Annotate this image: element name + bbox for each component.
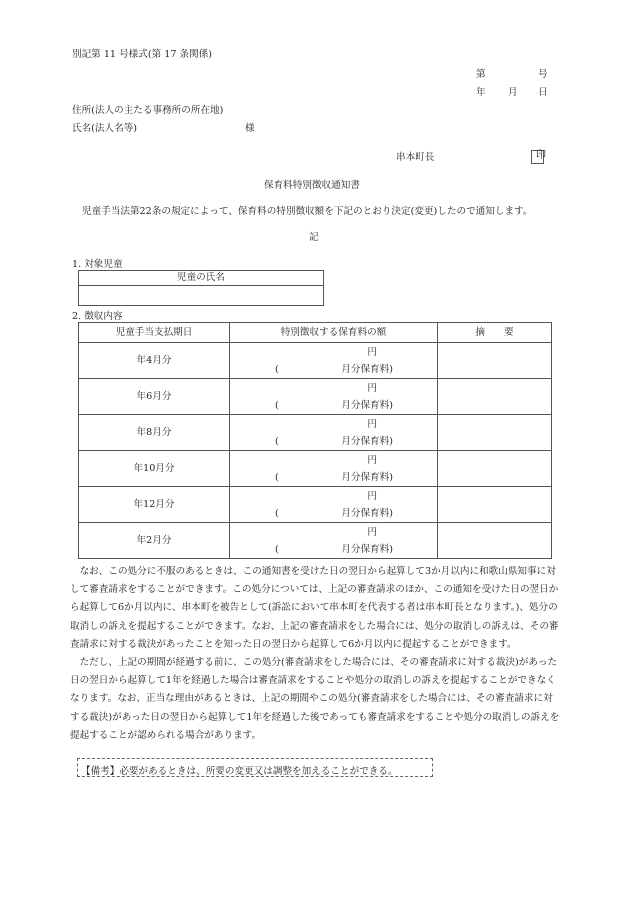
paren-open: (: [275, 365, 279, 375]
amount-cell[interactable]: 円 ( 月分保育料): [230, 343, 438, 379]
child-name-header: 児童の氏名: [79, 271, 324, 286]
amount-cell[interactable]: 円 ( 月分保育料): [230, 451, 438, 487]
amount-cell[interactable]: 円 ( 月分保育料): [230, 523, 438, 559]
date-month: 月: [508, 88, 518, 98]
table-row: 年12月分 円 ( 月分保育料): [79, 487, 552, 523]
ki-label: 記: [309, 233, 319, 243]
yen-label: 円: [367, 348, 377, 358]
section1-heading: 1. 対象児童: [72, 260, 123, 270]
amount-cell[interactable]: 円 ( 月分保育料): [230, 415, 438, 451]
payment-period: 年10月分: [79, 451, 230, 487]
yen-label: 円: [367, 528, 377, 538]
table-row: 年8月分 円 ( 月分保育料): [79, 415, 552, 451]
month-fee-label: 月分保育料): [341, 437, 393, 447]
document-title: 保育料特別徴収通知書: [264, 181, 360, 191]
collection-table: 児童手当支払期日 特別徴収する保育料の額 摘 要 年4月分 円 ( 月分保育料)…: [78, 322, 552, 559]
honorific: 様: [245, 124, 255, 134]
table-row: 年2月分 円 ( 月分保育料): [79, 523, 552, 559]
paren-open: (: [275, 473, 279, 483]
table-row: 年4月分 円 ( 月分保育料): [79, 343, 552, 379]
month-fee-label: 月分保育料): [341, 401, 393, 411]
name-label: 氏名(法人名等): [72, 124, 137, 134]
remarks-cell[interactable]: [438, 451, 552, 487]
section2-heading: 2. 徴収内容: [72, 312, 123, 322]
payment-period: 年12月分: [79, 487, 230, 523]
remarks-cell[interactable]: [438, 523, 552, 559]
paren-open: (: [275, 437, 279, 447]
amount-cell[interactable]: 円 ( 月分保育料): [230, 379, 438, 415]
table-row: 年6月分 円 ( 月分保育料): [79, 379, 552, 415]
intro-text: 児童手当法第22条の規定によって、保育料の特別徴収額を下記のとおり決定(変更)し…: [82, 207, 532, 217]
month-fee-label: 月分保育料): [341, 509, 393, 519]
remarks-cell[interactable]: [438, 415, 552, 451]
yen-label: 円: [367, 492, 377, 502]
col-header-remarks: 摘 要: [438, 323, 552, 343]
paren-open: (: [275, 545, 279, 555]
table-row: 年10月分 円 ( 月分保育料): [79, 451, 552, 487]
address-label: 住所(法人の主たる事務所の所在地): [72, 106, 223, 116]
payment-period: 年2月分: [79, 523, 230, 559]
payment-period: 年6月分: [79, 379, 230, 415]
payment-period: 年4月分: [79, 343, 230, 379]
child-name-value[interactable]: [79, 286, 324, 306]
date-year: 年: [476, 88, 486, 98]
date-day: 日: [538, 88, 548, 98]
notice-text: なお、この処分に不服のあるときは、この通知書を受けた日の翌日から起算して3か月以…: [70, 563, 560, 745]
remarks-cell[interactable]: [438, 379, 552, 415]
issuer-name: 串本町長: [396, 153, 434, 163]
child-name-table: 児童の氏名: [78, 270, 324, 306]
month-fee-label: 月分保育料): [341, 545, 393, 555]
payment-period: 年8月分: [79, 415, 230, 451]
paren-open: (: [275, 509, 279, 519]
notice-paragraph-1: なお、この処分に不服のあるときは、この通知書を受けた日の翌日から起算して3か月以…: [70, 563, 560, 654]
remarks-cell[interactable]: [438, 343, 552, 379]
seal-icon: 印: [536, 151, 546, 161]
remark-box: 【備考】必要があるときは、所要の変更又は調整を加えることができる。: [77, 758, 433, 777]
doc-number-prefix: 第: [476, 70, 486, 80]
col-header-amount: 特別徴収する保育料の額: [230, 323, 438, 343]
yen-label: 円: [367, 420, 377, 430]
paren-open: (: [275, 401, 279, 411]
doc-number-suffix: 号: [538, 70, 548, 80]
amount-cell[interactable]: 円 ( 月分保育料): [230, 487, 438, 523]
col-header-payment-date: 児童手当支払期日: [79, 323, 230, 343]
month-fee-label: 月分保育料): [341, 473, 393, 483]
notice-paragraph-2: ただし、上記の期間が経過する前に、この処分(審査請求をした場合には、その審査請求…: [70, 654, 560, 745]
yen-label: 円: [367, 384, 377, 394]
remarks-cell[interactable]: [438, 487, 552, 523]
form-label: 別記第 11 号様式(第 17 条関係): [72, 50, 212, 60]
month-fee-label: 月分保育料): [341, 365, 393, 375]
yen-label: 円: [367, 456, 377, 466]
